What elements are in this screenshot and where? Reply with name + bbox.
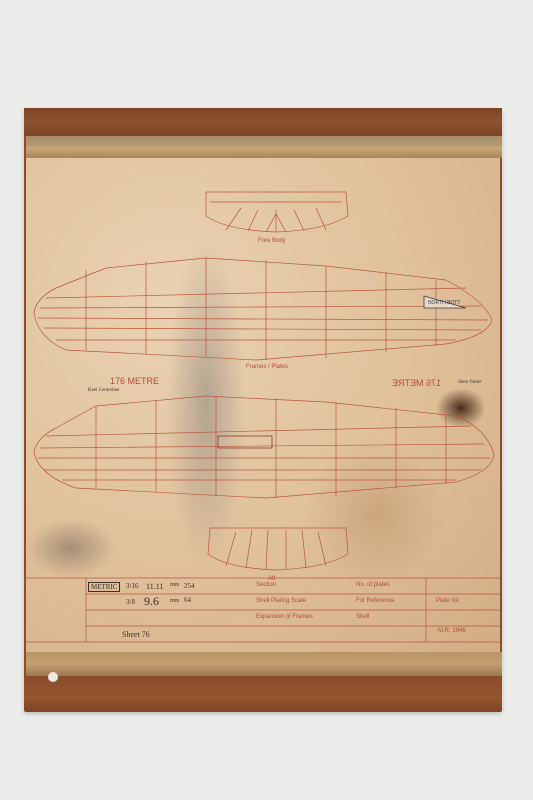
top-batten-strip: [26, 136, 502, 158]
flag-label: NORTH BOTT: [428, 300, 460, 306]
fraction-2: 3/8: [126, 598, 135, 606]
title-row-3-left: Expansion of Frames: [256, 614, 313, 620]
fore-body-label: Fore Body: [258, 238, 286, 244]
title-row-3-mid: Shell: [356, 614, 369, 620]
title-row-1-left: Section: [256, 582, 276, 588]
left-annotation-176: 176 METRE: [110, 376, 159, 386]
stern-frame-note: Stern frame: [458, 380, 481, 385]
hull-plating-diagram: [26, 158, 500, 652]
dimension-2: 9.6: [144, 594, 159, 609]
title-row-2-mid: For Reference: [356, 598, 394, 604]
dimension-1-alt: 254: [184, 582, 195, 590]
keel-note: Keel Centreline: [88, 388, 120, 393]
dimension-2-unit: mm: [170, 598, 179, 604]
title-row-1-mid: No. of plates: [356, 582, 390, 588]
title-right-date: M.R. 1946: [438, 628, 466, 634]
top-wood-frame: [24, 108, 502, 136]
bottom-wood-frame: [24, 676, 502, 712]
sheet-note: Sheet 76: [122, 630, 150, 639]
metric-box: METRIC: [88, 582, 120, 592]
title-row-2-left: Shell Plating Scale: [256, 598, 306, 604]
right-annotation-176: 176 METRE: [392, 378, 441, 388]
upper-hull-label: Frames / Plates: [246, 364, 288, 370]
wax-seal-dot: [48, 672, 58, 682]
fraction-1: 3/16: [126, 582, 138, 590]
title-right-note: Plate list: [436, 598, 459, 604]
bottom-batten-strip: [26, 652, 502, 676]
drawing-sheet: Fore Body Frames / Plates NORTH BOTT 176…: [26, 158, 500, 652]
dimension-1: 11.11: [146, 582, 163, 591]
dimension-1-unit: mm: [170, 582, 179, 588]
dimension-2-alt: 64: [184, 596, 191, 604]
